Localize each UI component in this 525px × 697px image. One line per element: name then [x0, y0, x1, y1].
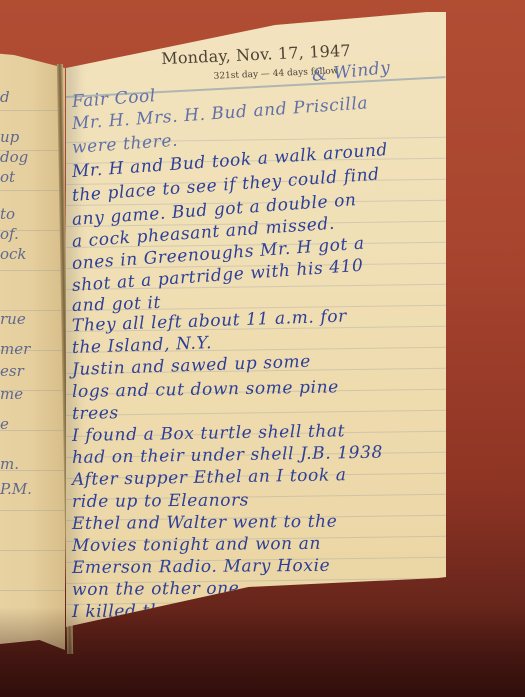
- left-page-rule: [0, 430, 65, 431]
- diary-photo: d up dog ot to of. ock rue mer esr me e …: [0, 0, 525, 697]
- left-page-fragment: to: [0, 205, 15, 223]
- entry-line: Emerson Radio. Mary Hoxie: [72, 556, 330, 578]
- left-page-rule: [0, 590, 65, 591]
- left-page-fragment: mer: [0, 340, 30, 358]
- entry-line: I shot at the other day. Duttons: [72, 621, 360, 644]
- left-page-fragment: m.: [0, 455, 19, 473]
- left-page-rule: [0, 550, 65, 551]
- entry-line: Ethel and Walter went to the: [72, 512, 338, 534]
- left-page-fragment: e: [0, 415, 9, 433]
- right-page: Monday, Nov. 17, 1947 321st day — 44 day…: [66, 0, 446, 697]
- page-rule: [66, 410, 446, 416]
- left-page-rule: [0, 510, 65, 511]
- left-page-fragment: up: [0, 128, 19, 146]
- left-page-fragment: of.: [0, 225, 19, 243]
- left-page-fragment: rue: [0, 310, 26, 328]
- entry-line: I killed the pheasant that: [72, 600, 305, 622]
- left-page-fragment: d: [0, 88, 10, 106]
- left-page-fragment: me: [0, 385, 23, 403]
- left-page-fragment: P.M.: [0, 480, 32, 498]
- left-page-fragment: ock: [0, 245, 27, 263]
- entry-line: won the other one: [72, 579, 240, 600]
- left-page-fragment: dog: [0, 148, 28, 166]
- left-page-rule: [0, 270, 65, 271]
- left-page-rule: [0, 190, 65, 191]
- left-page-fragment: esr: [0, 362, 24, 380]
- entry-line: Movies tonight and won an: [72, 534, 321, 556]
- entry-line: trees: [72, 403, 119, 424]
- entry-line: ride up to Eleanors: [72, 490, 249, 512]
- entry-line: dog found it: [72, 645, 184, 666]
- left-page-rule: [0, 110, 65, 111]
- left-page-fragment: ot: [0, 168, 15, 186]
- left-page: d up dog ot to of. ock rue mer esr me e …: [0, 0, 65, 660]
